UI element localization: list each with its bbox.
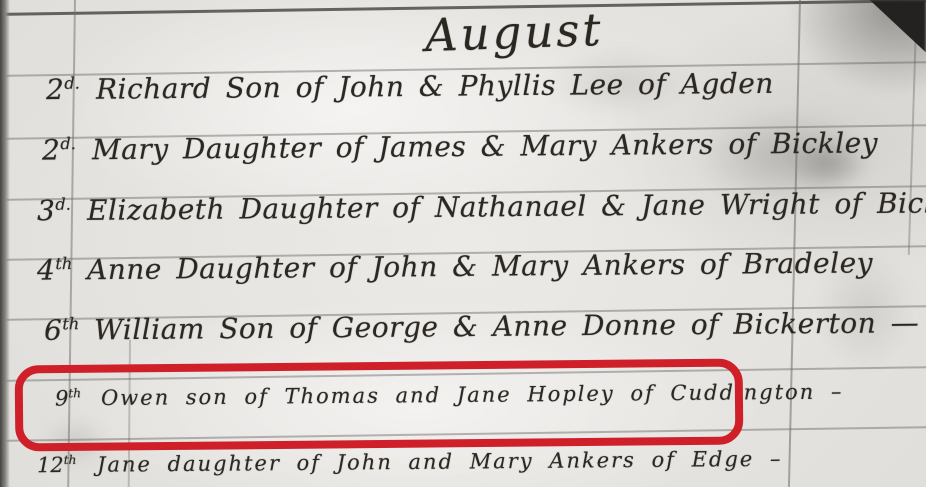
entry-text: Anne Daughter of John & Mary Ankers of B… [87,246,873,286]
entry-day: 3d. [37,194,87,227]
entry-day-suffix: th [62,314,79,333]
highlight-box [15,359,744,452]
entry-day: 2d. [46,73,96,106]
entry-text: Mary Daughter of James & Mary Ankers of … [92,126,878,166]
entry-day-suffix: th [64,453,77,467]
entry-day-suffix: th [55,254,72,273]
entry-text: William Son of George & Anne Donne of Bi… [94,306,919,346]
entry-day-suffix: d. [60,134,76,153]
register-entry: 3d.Elizabeth Daughter of Nathanael & Jan… [37,186,926,228]
register-entry: 6thWilliam Son of George & Anne Donne of… [44,306,919,347]
entry-day: 12th [37,453,83,477]
register-entry: 2d.Richard Son of John & Phyllis Lee of … [46,67,774,106]
register-entry: 12thJane daughter of John and Mary Anker… [37,447,783,478]
register-entry: 4thAnne Daughter of John & Mary Ankers o… [37,246,873,286]
binding-shadow [0,0,10,487]
entry-day-suffix: d. [64,74,80,93]
entry-day: 6th [44,313,94,346]
entry-day: 2d. [42,133,92,166]
entry-text: Jane daughter of John and Mary Ankers of… [97,447,783,477]
register-page-scan: August 2d.Richard Son of John & Phyllis … [0,0,926,487]
register-entry: 2d.Mary Daughter of James & Mary Ankers … [42,126,878,166]
entry-text: Richard Son of John & Phyllis Lee of Agd… [96,67,774,106]
month-title: August [424,3,604,62]
entry-text: Elizabeth Daughter of Nathanael & Jane W… [87,186,926,227]
entry-day: 4th [37,253,87,286]
entry-day-suffix: d. [55,195,71,214]
